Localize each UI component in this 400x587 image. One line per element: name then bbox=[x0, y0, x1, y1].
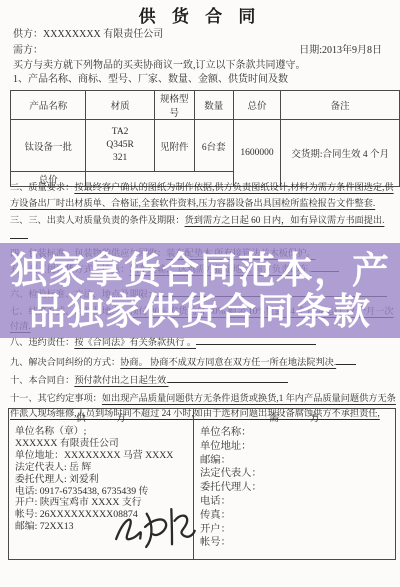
material-line: TA2 bbox=[88, 126, 151, 139]
col-material: 材质 bbox=[86, 91, 154, 120]
col-product-name: 产品名称 bbox=[11, 91, 86, 120]
blank-line bbox=[10, 229, 28, 239]
clause-10: 十、本合同自：预付款付出之日起生效. bbox=[10, 373, 396, 389]
clause-fill: 预付款付出之日起生效. bbox=[74, 375, 168, 385]
page-title: 供 货 合 同 bbox=[0, 2, 400, 27]
clause-label: 三、三、出卖人对质量负责的条件及期限： bbox=[10, 215, 185, 225]
material-cell: TA2 Q345R 321 bbox=[86, 120, 154, 172]
col-qty: 数量 bbox=[194, 91, 233, 120]
clause-label: 八、违约责任： bbox=[10, 337, 74, 347]
col-note: 备注 bbox=[281, 91, 400, 120]
watermark-overlay: 独家拿货合同范本，产 品独家供货合同条款 bbox=[0, 243, 400, 338]
buyer-line: 单位名称： bbox=[200, 426, 389, 440]
supplier-line: 单位名称（章）; bbox=[15, 426, 187, 438]
supplier-line: XXXXXX 有限责任公司 bbox=[15, 438, 187, 450]
parties-table: 供 方 单位名称（章）; XXXXXX 有限责任公司 单位地址：XXXXXXXX… bbox=[8, 408, 396, 560]
supplier-header: 供 方 bbox=[15, 412, 187, 426]
blank-line bbox=[336, 355, 356, 365]
watermark-line-2: 品独家供货合同条款 bbox=[0, 291, 400, 332]
buyer-line: 委托代理人： bbox=[200, 481, 389, 495]
col-spec: 规格型号 bbox=[154, 91, 194, 120]
watermark-line-1: 独家拿货合同范本，产 bbox=[0, 250, 400, 291]
product-name-cell: 钛设备一批 bbox=[11, 120, 86, 172]
blank-line bbox=[168, 373, 288, 383]
buyer-line: 邮编： bbox=[200, 454, 389, 468]
contract-date: 日期:2013年9月8日 bbox=[299, 43, 382, 59]
supplier-line: 供方：XXXXXXXX 有限责任公司 bbox=[13, 27, 394, 43]
section1-heading: 1、产品名称、商标、型号、厂家、数量、金额、供货时间及数 bbox=[13, 73, 394, 87]
material-line: Q345R bbox=[88, 139, 151, 152]
clause-fill: 协商。 协商不成双方同意在双方任一所在地法院判决. bbox=[120, 357, 336, 367]
buyer-line: 开户： bbox=[200, 523, 389, 537]
clause-fill: 货到需方之日起 60 日内，如有异议需方书面提出. bbox=[185, 215, 385, 225]
buyer-line: 传真： bbox=[200, 509, 389, 523]
intro-line: 买方与卖方就下列物品的买卖协商议一致,订立以下条款共同遵守。 bbox=[13, 59, 394, 73]
material-line: 321 bbox=[88, 152, 151, 165]
clause-label: 十一、其它约定事项： bbox=[10, 393, 102, 403]
buyer-line: 单位地址： bbox=[200, 440, 389, 454]
note-cell: 交货期:合同生效 4 个月 bbox=[281, 120, 400, 187]
buyer-line: 电话： bbox=[200, 495, 389, 509]
clause-3: 三、三、出卖人对质量负责的条件及期限：货到需方之日起 60 日内，如有异议需方书… bbox=[10, 213, 396, 244]
clause-9: 九、解决合同纠纷的方式：协商。 协商不成双方同意在双方任一所在地法院判决. bbox=[10, 355, 396, 371]
handwritten-signature bbox=[109, 497, 200, 556]
product-table: 产品名称 材质 规格型号 数量 总价 备注 钛设备一批 TA2 Q345R 32… bbox=[10, 90, 400, 187]
clause-label: 九、解决合同纠纷的方式： bbox=[10, 357, 120, 367]
buyer-line: 需方： 日期:2013年9月8日 bbox=[13, 43, 394, 59]
contract-page: 供 货 合 同 供方：XXXXXXXX 有限责任公司 需方： 日期:2013年9… bbox=[0, 0, 400, 587]
buyer-column: 需 方 单位名称： 单位地址： 邮编： 法定代表人： 委托代理人： 电话： 传真… bbox=[194, 409, 395, 559]
clause-label: 二、质量要求： bbox=[10, 182, 74, 192]
total-price-cell: 1600000 bbox=[233, 120, 281, 187]
contract-header: 供方：XXXXXXXX 有限责任公司 需方： 日期:2013年9月8日 买方与卖… bbox=[13, 27, 394, 87]
buyer-label: 需方： bbox=[13, 45, 43, 56]
buyer-line: 帐号： bbox=[200, 536, 389, 550]
qty-cell: 6台套 bbox=[194, 120, 233, 172]
buyer-line: 法定代表人： bbox=[200, 467, 389, 481]
clause-label: 十、本合同自： bbox=[10, 375, 74, 385]
clause-fill: 按《合同法》有关条款执行 。 bbox=[74, 337, 196, 347]
spec-cell: 见附件 bbox=[154, 120, 194, 172]
supplier-line: 单位地址：XXXXXXXX 马营 XXXX bbox=[15, 450, 187, 462]
supplier-line: 法定代表人: 岳 辉 bbox=[15, 462, 187, 474]
col-total: 总价 bbox=[233, 91, 281, 120]
supplier-line: 电话: 0917-6735438, 6735439 传 bbox=[15, 486, 187, 498]
clause-2: 二、质量要求：按最终客户确认的图纸为制作依据,供方负责图纸设计,材料为需方条件图… bbox=[10, 180, 396, 211]
supplier-column: 供 方 单位名称（章）; XXXXXX 有限责任公司 单位地址：XXXXXXXX… bbox=[9, 409, 194, 559]
supplier-line: 委托代理人: 刘爱利 bbox=[15, 474, 187, 486]
buyer-header: 需 方 bbox=[200, 412, 389, 426]
product-table-header-row: 产品名称 材质 规格型号 数量 总价 备注 bbox=[11, 91, 400, 120]
product-row: 钛设备一批 TA2 Q345R 321 见附件 6台套 1600000 交货期:… bbox=[11, 120, 400, 172]
